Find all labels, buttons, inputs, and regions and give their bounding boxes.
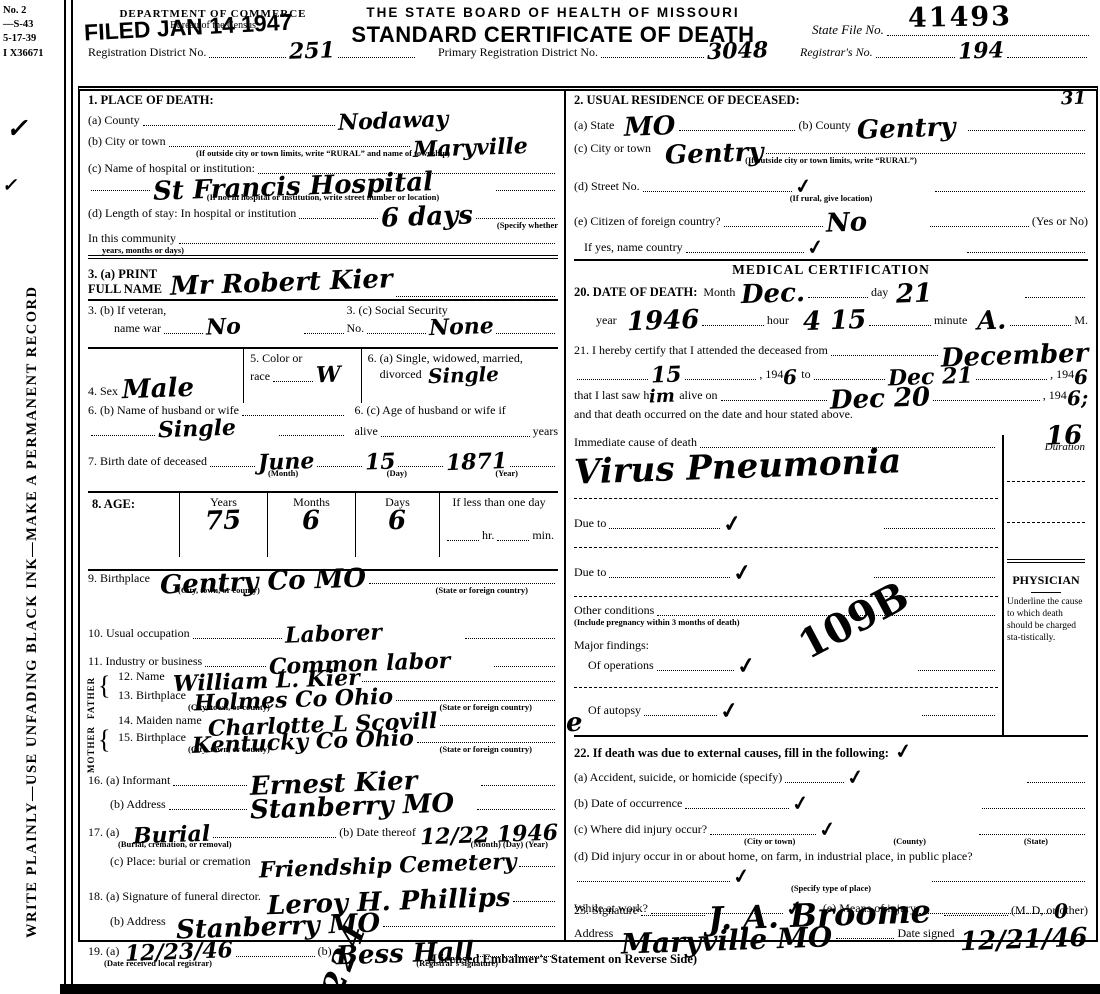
dotted-rule	[967, 251, 1085, 253]
birth-year-value: 1871	[446, 452, 508, 474]
state-file-number: 41493	[908, 5, 1012, 31]
month-label: Month	[703, 285, 735, 300]
dotted-rule	[644, 714, 717, 716]
pen-check: ✓	[818, 816, 838, 842]
dotted-rule	[91, 189, 150, 191]
full-name-label: FULL NAME	[88, 282, 162, 297]
margin-instruction-text: WRITE PLAINLY—USE UNFADING BLACK INK—MAK…	[24, 96, 41, 938]
min-label: min.	[532, 528, 554, 543]
rule	[574, 547, 998, 548]
medical-certification-heading: MEDICAL CERTIFICATION	[574, 261, 1088, 283]
section-usual-residence: 2. USUAL RESIDENCE OF DECEASED: 31 (a) S…	[574, 93, 1088, 261]
minute-label: minute	[934, 313, 967, 328]
dotted-rule	[1025, 296, 1085, 298]
name-war-label: name war	[88, 321, 161, 336]
accident-label: (a) Accident, suicide, or homicide (spec…	[574, 770, 782, 785]
dotted-rule	[209, 56, 286, 58]
dotted-rule	[210, 465, 255, 467]
birth-day-value: 15	[364, 452, 395, 473]
section-birthplace: 9. Birthplace Gentry Co MO (City, town, …	[88, 571, 558, 613]
dotted-rule	[577, 880, 730, 882]
hw-year-6a: 6	[783, 368, 798, 386]
dotted-rule	[440, 724, 555, 726]
certificate-body: 1. PLACE OF DEATH: (a) County Nodaway (b…	[78, 86, 1098, 942]
length-of-stay-label: (d) Length of stay: In hospital or insti…	[88, 206, 296, 221]
birth-date-label: 7. Birth date of deceased	[88, 454, 207, 469]
due-to-1-label: Due to	[574, 516, 606, 531]
mother-birthplace-label: 15. Birthplace	[118, 730, 186, 745]
dotted-rule	[876, 56, 956, 58]
dotted-rule	[814, 378, 885, 380]
length-of-stay-value: 6 days	[381, 204, 474, 231]
date-thereof-label: (b) Date thereof	[339, 825, 416, 840]
street-no-note: (If rural, give location)	[574, 194, 1088, 204]
signature-label: 23. Signature	[574, 903, 638, 918]
death-hour-value: 4 15	[802, 309, 866, 335]
dotted-rule	[193, 637, 283, 639]
dotted-rule	[169, 808, 247, 810]
birthplace-value: Gentry Co MO	[160, 567, 367, 598]
section-informant: 16. (a) Informant Ernest Kier (b) Addres…	[88, 773, 558, 825]
section-industry: 11. Industry or business Common labor	[88, 641, 558, 669]
occurrence-date-label: (b) Date of occurrence	[574, 796, 682, 811]
burial-value: Burial	[133, 825, 211, 847]
industry-label: 11. Industry or business	[88, 654, 202, 669]
form-code: 5-17-39	[3, 32, 61, 46]
dotted-rule	[935, 190, 1085, 192]
other-conditions-label: Other conditions	[574, 603, 654, 618]
city-value: Maryville	[413, 137, 528, 161]
informant-address-value: Stanberry MO	[249, 793, 454, 824]
dotted-rule	[299, 217, 378, 219]
residence-state-label: (a) State	[574, 118, 614, 133]
external-causes-heading: 22. If death was due to external causes,…	[574, 746, 889, 761]
street-no-label: (d) Street No.	[574, 179, 640, 194]
residence-county-label: (b) County	[798, 118, 850, 133]
injury-where-label: (c) Where did injury occur?	[574, 822, 707, 837]
embalmer-note: (Licensed Embalmer's Statement on Revers…	[428, 952, 697, 967]
registrar-number-label: Registrar's No.	[800, 45, 873, 60]
mother-label: MOTHER	[86, 723, 96, 773]
certificate-header: DEPARTMENT OF COMMERCE Bureau of the Cen…	[80, 0, 1098, 88]
print-label: 3. (a) PRINT	[88, 267, 162, 282]
marital-value: Single	[427, 365, 498, 385]
death-month-value: Dec.	[741, 282, 806, 308]
years-label: years	[533, 424, 558, 439]
birth-month-value: June	[257, 452, 314, 474]
funeral-director-label: 18. (a) Signature of funeral director.	[88, 889, 261, 904]
hw-year-6b: 6	[1074, 368, 1089, 386]
color-label: 5. Color or	[250, 351, 361, 366]
section-full-name: 3. (a) PRINT FULL NAME Mr Robert Kier	[88, 259, 558, 301]
section-age: 8. AGE: Years 75 Months 6 Days 6 If le	[88, 493, 558, 571]
dotted-rule	[481, 784, 555, 786]
margin-rule	[71, 0, 73, 994]
dotted-rule	[273, 380, 313, 382]
section-certification: 21. I hereby certify that I attended the…	[574, 343, 1088, 435]
dotted-rule	[447, 539, 479, 541]
informant-address-label: (b) Address	[88, 797, 166, 812]
margin-rule	[64, 0, 66, 994]
stray-pen-mark: e	[566, 711, 583, 735]
spouse-name-value: Single	[158, 419, 237, 442]
immediate-cause-value: Virus Pneumonia	[574, 446, 902, 488]
death-certificate-scan: No. 2 —S-43 5-17-39 I X36671 WRITE PLAIN…	[0, 0, 1100, 994]
state-file-label: State File No.	[812, 22, 884, 38]
rule	[1007, 481, 1085, 482]
dotted-rule	[724, 225, 823, 227]
birthplace-label: 9. Birthplace	[88, 571, 150, 586]
registration-district-number: 251	[289, 41, 336, 62]
right-column: 2. USUAL RESIDENCE OF DECEASED: 31 (a) S…	[564, 91, 1096, 940]
birthplace-note2: (State or foreign country)	[436, 586, 528, 596]
dotted-rule	[369, 582, 555, 584]
dotted-rule	[381, 435, 530, 437]
dotted-rule	[685, 807, 788, 809]
rule	[1031, 592, 1061, 593]
sex-label: 4. Sex	[88, 384, 118, 399]
pen-check: ✓	[794, 173, 814, 199]
dotted-rule	[242, 414, 344, 416]
pen-mark: ✓	[6, 118, 29, 142]
last-saw-text-b: alive on	[679, 388, 717, 403]
burial-place-value: Friendship Cemetery	[258, 852, 516, 881]
printed-194a: , 194	[759, 367, 783, 382]
dotted-rule	[702, 324, 764, 326]
divorced-label: divorced	[368, 367, 422, 382]
of-operations-label: Of operations	[574, 658, 654, 673]
death-day-value: 21	[896, 282, 933, 307]
residence-state-value: MO	[624, 115, 676, 140]
dotted-rule	[143, 124, 335, 126]
section-veteran-ssn: 3. (b) If veteran, name war No 3. (c) So…	[88, 301, 558, 349]
pen-check: ✓	[731, 863, 751, 889]
pen-check: ✓	[719, 697, 741, 725]
dotted-rule	[465, 637, 555, 639]
dotted-rule	[1027, 781, 1085, 783]
city-label: (b) City or town	[88, 134, 166, 149]
primary-district-number: 3048	[706, 41, 768, 63]
pen-check: ✓	[721, 510, 743, 538]
injury-place-label: (d) Did injury occur in or about home, o…	[574, 849, 1088, 864]
pen-check: ✓	[731, 559, 753, 587]
mother-brace: {	[98, 725, 110, 755]
injury-state-note: (State)	[1024, 837, 1048, 847]
death-year-value: 1946	[626, 309, 699, 335]
rule	[574, 498, 998, 499]
residence-city-note: (If outside city or town limits, write “…	[574, 156, 1088, 166]
him-overwrite: im	[649, 389, 675, 406]
dotted-rule	[1007, 56, 1087, 58]
cause-main: Immediate cause of death Virus Pneumonia…	[574, 435, 1002, 735]
dotted-rule	[930, 225, 1029, 227]
dotted-rule	[91, 434, 155, 436]
due-to-2-label: Due to	[574, 565, 606, 580]
form-code: I X36671	[3, 47, 61, 61]
veteran-value: No	[206, 317, 241, 338]
dotted-rule	[922, 714, 995, 716]
dotted-rule	[496, 189, 555, 191]
burial-label: 17. (a)	[88, 825, 119, 840]
age-label: 8. AGE:	[92, 497, 135, 511]
printed-194c: , 194	[1043, 388, 1067, 403]
dotted-rule	[766, 152, 1085, 154]
section-place-of-death: 1. PLACE OF DEATH: (a) County Nodaway (b…	[88, 93, 558, 259]
citizen-label: (e) Citizen of foreign country?	[574, 214, 721, 229]
dotted-rule	[609, 576, 730, 578]
certify-text: 21. I hereby certify that I attended the…	[574, 343, 828, 358]
dotted-rule	[968, 129, 1085, 131]
dotted-rule	[721, 399, 828, 401]
section-birth-date: 7. Birth date of deceased June 15 1871 (…	[88, 453, 558, 493]
dotted-rule	[944, 914, 1008, 916]
pen-check: ✓	[845, 764, 865, 790]
in-this-community-label: In this community	[88, 231, 176, 246]
to-label: to	[801, 367, 810, 382]
physician-note: Underline the cause to which death shoul…	[1007, 597, 1085, 645]
full-name-value: Mr Robert Kier	[170, 268, 393, 299]
dotted-rule	[169, 145, 410, 147]
other-conditions-note: (Include pregnancy within 3 months of de…	[574, 618, 998, 628]
section-burial: 17. (a) Burial (b) Date thereof 12/22 19…	[88, 825, 558, 889]
dotted-rule	[179, 242, 555, 244]
dotted-rule	[933, 399, 1040, 401]
race-label: race	[250, 369, 270, 384]
dotted-rule	[476, 217, 555, 219]
physician-address-label: Address	[574, 926, 613, 941]
father-name-label: 12. Name	[118, 669, 165, 684]
dotted-rule	[496, 332, 555, 334]
dotted-rule	[396, 295, 555, 297]
age-days-value: 6	[388, 510, 407, 534]
dotted-rule	[685, 378, 756, 380]
dotted-rule	[869, 324, 931, 326]
place-type-note: (Specify type of place)	[574, 884, 1088, 894]
dotted-rule	[979, 833, 1085, 835]
dotted-rule	[510, 465, 555, 467]
race-value: W	[316, 366, 341, 387]
dotted-rule	[417, 741, 555, 743]
death-ampm-value: A.	[977, 310, 1007, 334]
county-value: Nodaway	[337, 110, 448, 134]
major-findings-label: Major findings:	[574, 638, 998, 653]
form-code: —S-43	[3, 18, 61, 32]
duration-value: 16	[1045, 424, 1082, 449]
dotted-rule	[918, 669, 995, 671]
rule	[1007, 522, 1085, 523]
father-label: FATHER	[86, 669, 96, 719]
dotted-rule	[657, 669, 734, 671]
dotted-rule	[396, 699, 555, 701]
dotted-rule	[317, 465, 362, 467]
dotted-rule	[836, 937, 895, 939]
informant-label: 16. (a) Informant	[88, 773, 170, 788]
dotted-rule	[686, 251, 804, 253]
hour-label: hour	[767, 313, 789, 328]
scan-edge-bar	[60, 984, 1100, 994]
left-column: 1. PLACE OF DEATH: (a) County Nodaway (b…	[80, 91, 564, 940]
community-note: years, months or days)	[88, 246, 558, 256]
pen-check: ✓	[805, 234, 825, 260]
citizen-note: (Yes or No)	[1032, 214, 1088, 229]
county-label: (a) County	[88, 113, 140, 128]
state-file-row: State File No. 41493	[812, 22, 1092, 38]
m-label: M.	[1074, 313, 1088, 328]
pen-check: ✓	[893, 738, 913, 764]
dotted-rule	[609, 527, 720, 529]
section2-heading: 2. USUAL RESIDENCE OF DECEASED:	[574, 93, 1088, 108]
residence-city-label: (c) City or town	[574, 141, 651, 156]
last-seen-value: Dec 20	[830, 386, 931, 413]
burial-place-label: (c) Place: burial or cremation	[88, 854, 251, 869]
dotted-rule	[641, 914, 705, 916]
dotted-rule	[932, 880, 1085, 882]
of-autopsy-label: Of autopsy	[574, 703, 641, 718]
dotted-rule	[982, 807, 1085, 809]
pen-check: ✓	[790, 790, 810, 816]
corner-pen-mark: 31	[1061, 91, 1087, 108]
dotted-rule	[497, 539, 529, 541]
hr-label: hr.	[482, 528, 494, 543]
section-date-of-death: 20. DATE OF DEATH: Month Dec. day 21 yea…	[574, 283, 1088, 343]
injury-county-note: (County)	[893, 837, 926, 847]
dotted-rule	[887, 34, 1089, 36]
day-label: day	[871, 285, 888, 300]
spouse-age-label: 6. (c) Age of husband or wife if	[355, 403, 559, 418]
dotted-rule	[477, 808, 555, 810]
alive-label: alive	[355, 424, 378, 439]
dotted-rule	[362, 680, 555, 682]
primary-district-label: Primary Registration District No.	[438, 45, 598, 60]
dotted-rule	[304, 332, 343, 334]
residence-county-value: Gentry	[856, 116, 955, 143]
less-than-day-header: If less than one day	[444, 495, 554, 510]
last-saw-text-a: that I last saw h	[574, 388, 649, 403]
dotted-rule	[383, 925, 555, 927]
name-country-label: If yes, name country	[574, 240, 683, 255]
dotted-rule	[205, 665, 266, 667]
dotted-rule	[976, 378, 1047, 380]
pen-mark: ✓	[2, 178, 18, 195]
dotted-rule	[601, 56, 704, 58]
pen-check: ✓	[735, 652, 757, 680]
rule	[574, 596, 998, 597]
citizen-value: No	[825, 211, 867, 236]
dotted-rule	[173, 784, 247, 786]
dotted-rule	[884, 527, 995, 529]
form-code: No. 2	[3, 4, 61, 18]
section1-heading: 1. PLACE OF DEATH:	[88, 93, 558, 108]
section-sex-race-marital: 4. Sex Male 5. Color or race W 6. (a) Si…	[88, 349, 558, 403]
section-external-causes: 22. If death was due to external causes,…	[574, 735, 1088, 895]
dotted-rule	[577, 378, 648, 380]
section-funeral-director: 18. (a) Signature of funeral director. L…	[88, 889, 558, 943]
father-bp-note2: (State or foreign country)	[440, 703, 532, 713]
hw-year-6c: 6;	[1066, 389, 1088, 408]
section-cause-of-death: Immediate cause of death Virus Pneumonia…	[574, 435, 1088, 735]
father-brace: {	[98, 671, 110, 701]
dotted-rule	[643, 190, 793, 192]
dotted-rule	[513, 900, 555, 902]
year-label: year	[574, 313, 617, 328]
parents-rail: FATHER { MOTHER {	[88, 669, 104, 773]
board-name: THE STATE BOARD OF HEALTH OF MISSOURI	[338, 5, 768, 20]
section-occupation: 10. Usual occupation Laborer	[88, 613, 558, 641]
dotted-rule	[808, 296, 868, 298]
dotted-rule	[831, 354, 938, 356]
dotted-rule	[785, 781, 843, 783]
certificate-footer: 224 (Licensed Embalmer's Statement on Re…	[78, 944, 1098, 982]
date-of-death-label: 20. DATE OF DEATH:	[574, 285, 697, 300]
section-spouse: 6. (b) Name of husband or wife Single 6.…	[88, 403, 558, 453]
residence-city-value: Gentry	[665, 141, 764, 168]
dotted-rule	[519, 865, 555, 867]
mother-maiden-label: 14. Maiden name	[118, 713, 202, 728]
dotted-rule	[494, 665, 555, 667]
physician-label: PHYSICIAN	[1012, 573, 1079, 587]
md-note: (M. D, or other)	[1011, 903, 1088, 918]
mother-bp-note2: (State or foreign country)	[440, 745, 532, 755]
funeral-address-label: (b) Address	[88, 914, 166, 929]
section-parents: FATHER { MOTHER { 12. Name William L. Ki…	[88, 669, 558, 773]
attended-from-day: 15	[651, 365, 682, 386]
dotted-rule	[213, 836, 336, 838]
dotted-rule	[398, 465, 443, 467]
specify-whether-note: (Specify whether	[88, 221, 558, 231]
duration-column: Duration 16 PHYSICIAN Underline the caus…	[1002, 435, 1088, 735]
dotted-rule	[679, 129, 796, 131]
age-months-value: 6	[302, 510, 321, 534]
dotted-rule	[367, 332, 426, 334]
sex-value: Male	[122, 376, 195, 402]
date-thereof-value: 12/22 1946	[420, 824, 559, 849]
med-heading-text: MEDICAL CERTIFICATION	[732, 262, 930, 277]
registrar-number: 194	[958, 41, 1005, 62]
ssn-value: None	[428, 317, 493, 339]
dotted-rule	[1010, 324, 1072, 326]
rule	[1007, 559, 1085, 563]
issuing-department: DEPARTMENT OF COMMERCE Bureau of the Cen…	[88, 8, 338, 31]
injury-city-note: (City or town)	[744, 837, 795, 847]
ssn-no-label: No.	[347, 321, 365, 336]
age-years-value: 75	[205, 509, 242, 534]
dotted-rule	[164, 332, 203, 334]
dotted-rule	[279, 434, 343, 436]
dotted-rule	[338, 56, 415, 58]
occupation-label: 10. Usual occupation	[88, 626, 190, 641]
registration-district-label: Registration District No.	[88, 45, 206, 60]
form-codes: No. 2 —S-43 5-17-39 I X36671	[3, 4, 61, 61]
rule	[574, 687, 998, 688]
immediate-cause-label: Immediate cause of death	[574, 435, 697, 450]
dotted-rule	[710, 833, 816, 835]
